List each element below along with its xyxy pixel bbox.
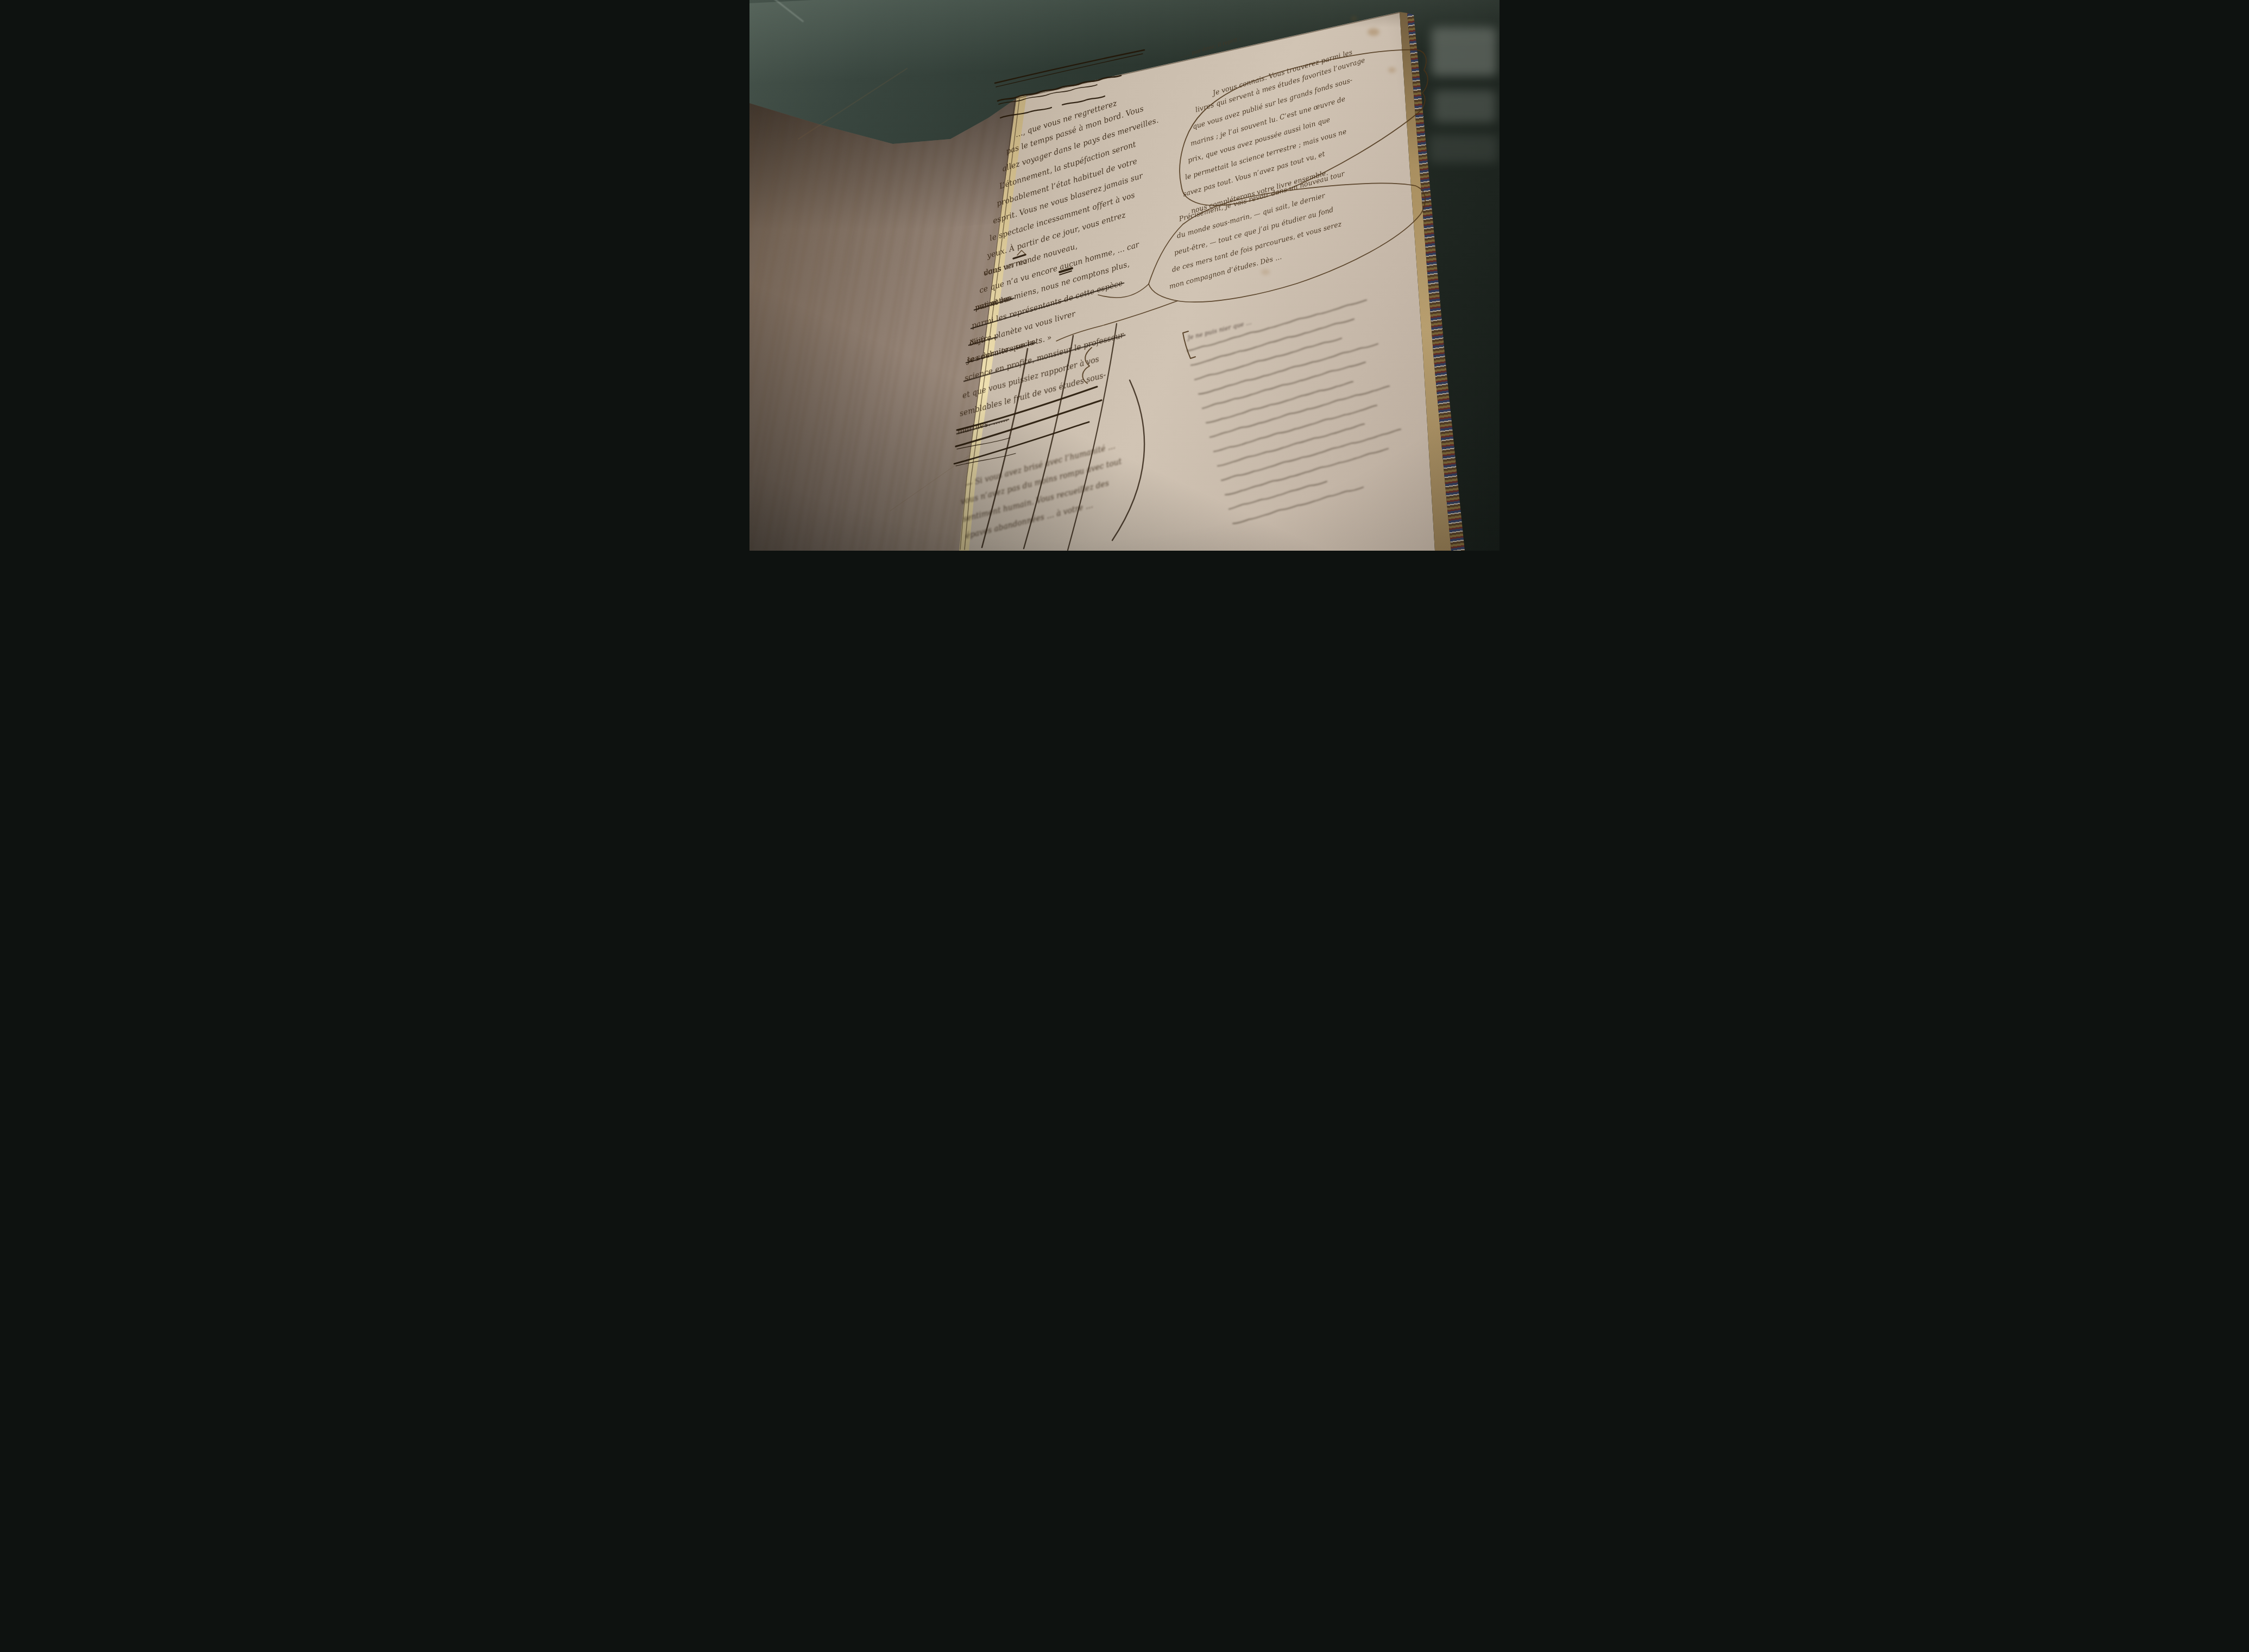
glass-reflection (1432, 27, 1497, 76)
manuscript-photo: …… pas donc, il reprit : …, que vous ne … (749, 0, 1500, 551)
paper-stain (1351, 16, 1357, 21)
glass-reflection (1429, 135, 1498, 163)
glass-reflection (1434, 90, 1496, 123)
paper-stain (1368, 28, 1379, 36)
paper-stain (1388, 67, 1396, 73)
paper-stain (1261, 269, 1270, 275)
